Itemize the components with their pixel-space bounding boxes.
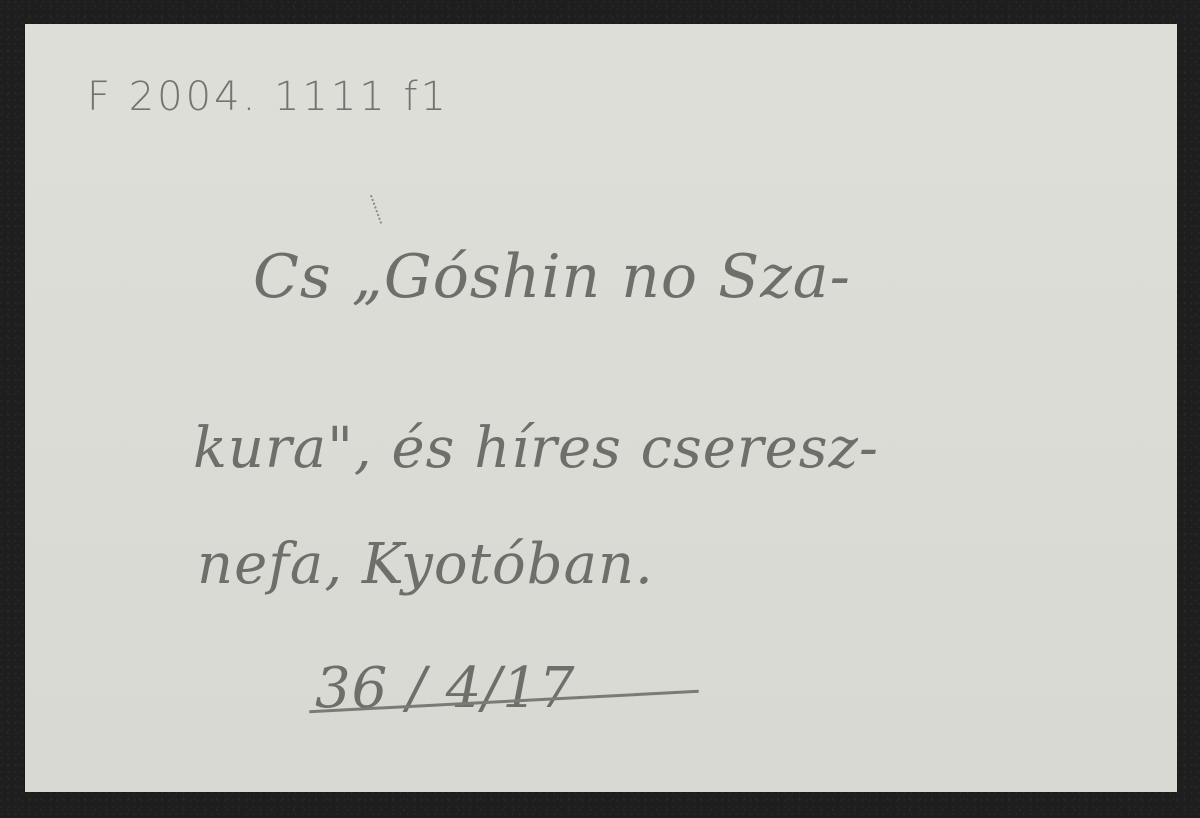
caption-line-2: kura", és híres cseresz- bbox=[193, 416, 879, 481]
pencil-mark bbox=[370, 194, 384, 224]
accession-number: F 2004. 1111 f1 bbox=[87, 74, 449, 120]
date-text: 36 / 4/17 bbox=[315, 656, 575, 721]
archival-card: F 2004. 1111 f1 Cs „Góshin no Sza- kura"… bbox=[25, 24, 1177, 792]
caption-line-1: Cs „Góshin no Sza- bbox=[253, 242, 851, 312]
caption-line-3: nefa, Kyotóban. bbox=[197, 532, 654, 597]
date-note: 36 / 4/17 bbox=[315, 656, 575, 721]
